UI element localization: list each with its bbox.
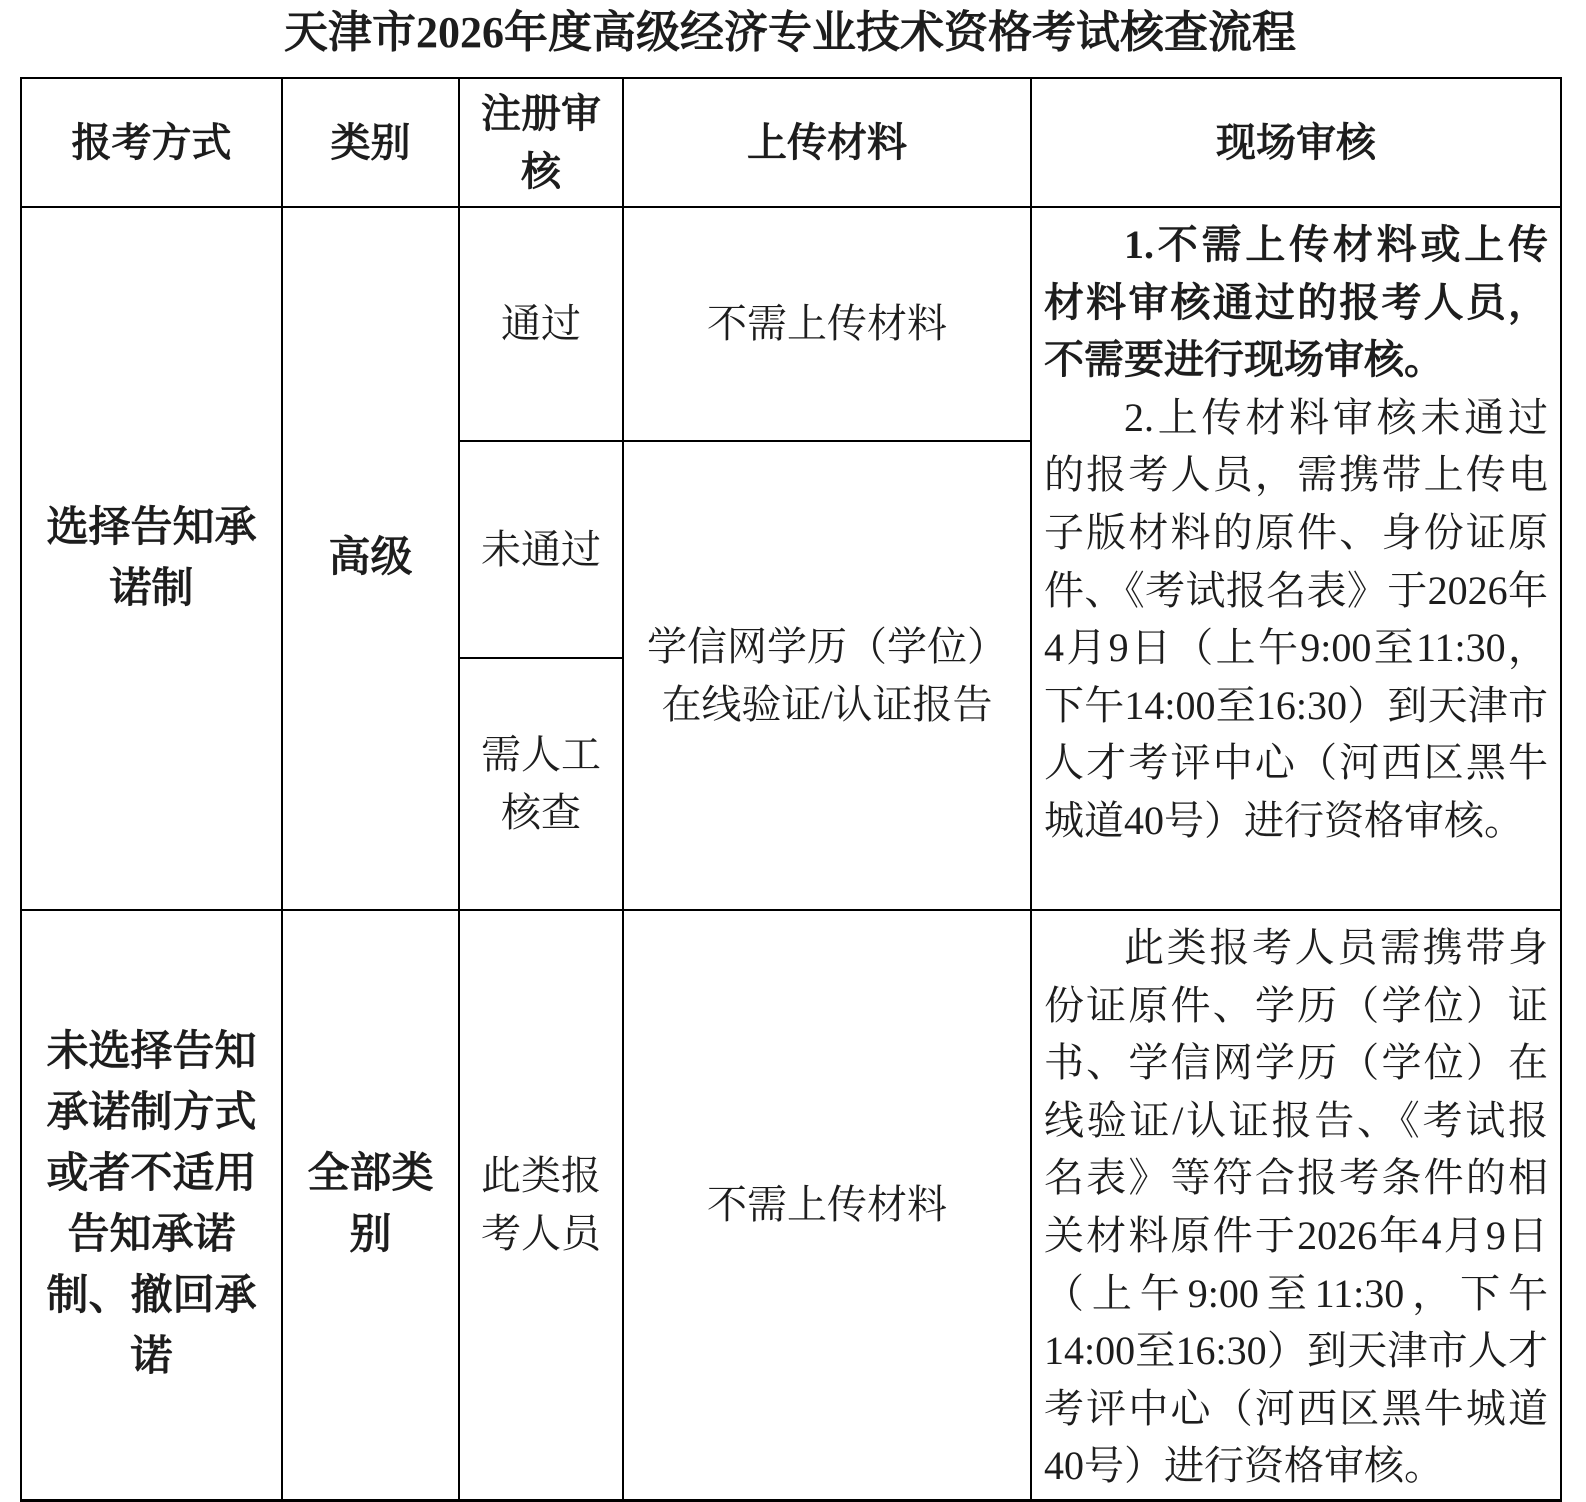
- onsite-note-3: 此类报考人员需携带身份证原件、学历（学位）证书、学信网学历（学位）在线验证/认证…: [1044, 919, 1548, 1495]
- verification-process-table: 报考方式 类别 注册审核 上传材料 现场审核 选择告知承诺制 高级 通过 不需上…: [20, 77, 1562, 1502]
- header-category: 类别: [282, 78, 459, 207]
- header-apply-method: 报考方式: [21, 78, 282, 207]
- row1-registration-pass-cell: 通过: [459, 207, 623, 441]
- row1-registration-manual-cell: 需人工核查: [459, 658, 623, 910]
- row1-upload-verification-cell: 学信网学历（学位）在线验证/认证报告: [623, 441, 1031, 910]
- row2-registration-cell: 此类报考人员: [459, 910, 623, 1501]
- page-title: 天津市2026年度高级经济专业技术资格考试核查流程: [20, 4, 1560, 61]
- header-onsite-review: 现场审核: [1031, 78, 1561, 207]
- header-upload-materials: 上传材料: [623, 78, 1031, 207]
- row2-onsite-review-cell: 此类报考人员需携带身份证原件、学历（学位）证书、学信网学历（学位）在线验证/认证…: [1031, 910, 1561, 1501]
- row1-registration-fail-cell: 未通过: [459, 441, 623, 658]
- row1-category-cell: 高级: [282, 207, 459, 910]
- row2-category-cell: 全部类别: [282, 910, 459, 1501]
- onsite-note-1: 1.不需上传材料或上传材料审核通过的报考人员，不需要进行现场审核。: [1044, 216, 1548, 389]
- row1-upload-pass-cell: 不需上传材料: [623, 207, 1031, 441]
- row2-upload-cell: 不需上传材料: [623, 910, 1031, 1501]
- row2-apply-method-cell: 未选择告知承诺制方式或者不适用告知承诺制、撤回承诺: [21, 910, 282, 1501]
- onsite-note-2: 2.上传材料审核未通过的报考人员，需携带上传电子版材料的原件、身份证原件、《考试…: [1044, 389, 1548, 850]
- row1-onsite-review-cell: 1.不需上传材料或上传材料审核通过的报考人员，不需要进行现场审核。 2.上传材料…: [1031, 207, 1561, 910]
- table-row: 未选择告知承诺制方式或者不适用告知承诺制、撤回承诺 全部类别 此类报考人员 不需…: [21, 910, 1561, 1501]
- header-row: 报考方式 类别 注册审核 上传材料 现场审核: [21, 78, 1561, 207]
- header-registration-review: 注册审核: [459, 78, 623, 207]
- row1-apply-method-cell: 选择告知承诺制: [21, 207, 282, 910]
- table-row: 选择告知承诺制 高级 通过 不需上传材料 1.不需上传材料或上传材料审核通过的报…: [21, 207, 1561, 441]
